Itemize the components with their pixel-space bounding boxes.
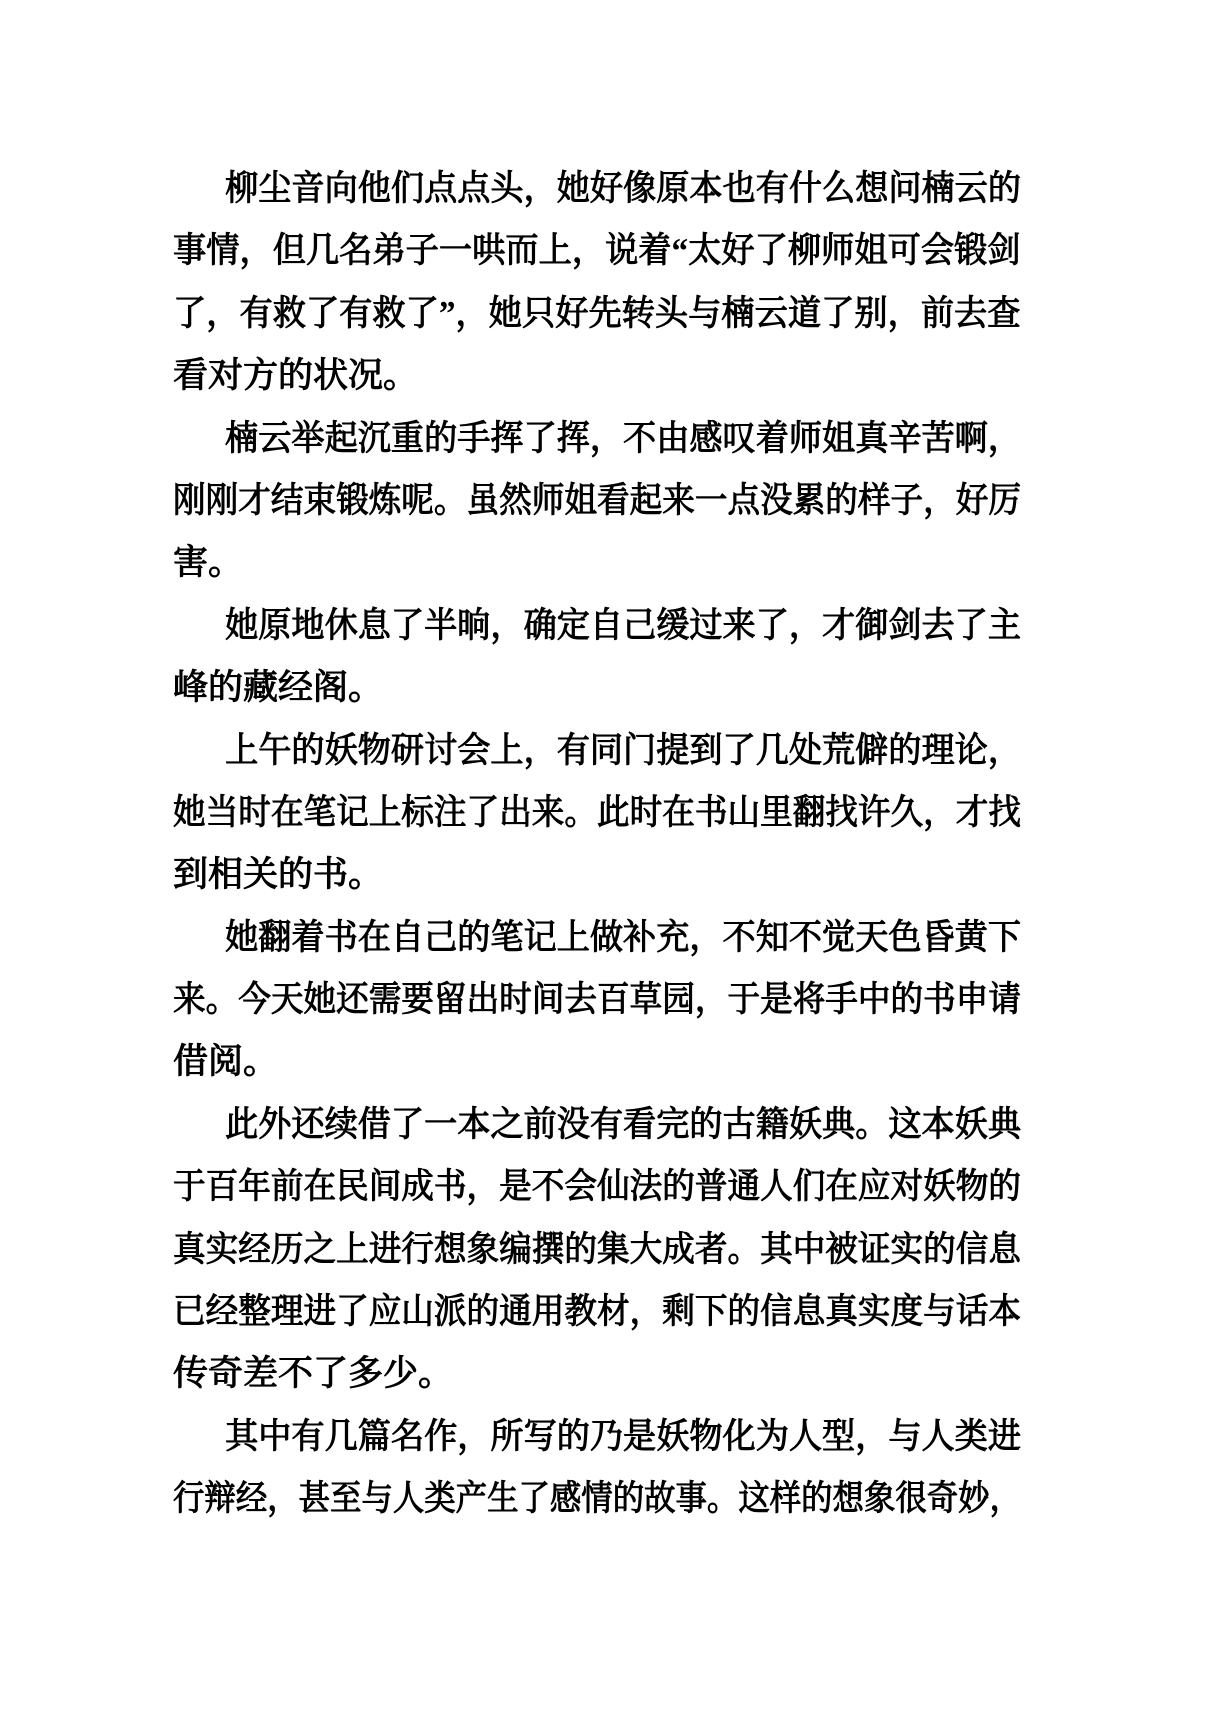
text-line: 害。 [173,532,1021,594]
text-line: 上午的妖物研讨会上，有同门提到了几处荒僻的理论， [173,720,976,782]
text-line: 借阅。 [173,1031,1021,1093]
text-line: 传奇差不了多少。 [173,1343,1021,1405]
text-line: 柳尘音向他们点点头，她好像原本也有什么想问楠云的 [173,158,976,220]
text-line: 她当时在笔记上标注了出来。此时在书山里翻找许久，才找 [173,782,963,844]
text-line: 峰的藏经阁。 [173,657,1021,719]
text-line: 于百年前在民间成书，是不会仙法的普通人们在应对妖物的 [173,1156,963,1218]
text-line: 此外还续借了一本之前没有看完的古籍妖典。这本妖典 [173,1094,976,1156]
text-line: 她翻着书在自己的笔记上做补充，不知不觉天色昏黄下 [173,907,976,969]
text-line: 刚刚才结束锻炼呢。虽然师姐看起来一点没累的样子，好厉 [173,470,963,532]
text-line: 已经整理进了应山派的通用教材，剩下的信息真实度与话本 [173,1281,963,1343]
text-line: 楠云举起沉重的手挥了挥，不由感叹着师姐真辛苦啊， [173,408,976,470]
text-line: 其中有几篇名作，所写的乃是妖物化为人型，与人类进 [173,1406,976,1468]
text-line: 到相关的书。 [173,844,1021,906]
page-text: 柳尘音向他们点点头，她好像原本也有什么想问楠云的事情，但几名弟子一哄而上，说着“… [173,158,1021,1531]
text-line: 看对方的状况。 [173,345,1021,407]
text-line: 了，有救了有救了”，她只好先转头与楠云道了别，前去查 [173,283,978,345]
text-line: 事情，但几名弟子一哄而上，说着“太好了柳师姐可会锻剑 [173,220,978,282]
text-line: 她原地休息了半晌，确定自己缓过来了，才御剑去了主 [173,595,976,657]
document-page: 柳尘音向他们点点头，她好像原本也有什么想问楠云的事情，但几名弟子一哄而上，说着“… [0,0,1220,1712]
text-line: 行辩经，甚至与人类产生了感情的故事。这样的想象很奇妙， [173,1468,934,1530]
text-line: 来。今天她还需要留出时间去百草园，于是将手中的书申请 [173,969,963,1031]
text-line: 真实经历之上进行想象编撰的集大成者。其中被证实的信息 [173,1219,963,1281]
